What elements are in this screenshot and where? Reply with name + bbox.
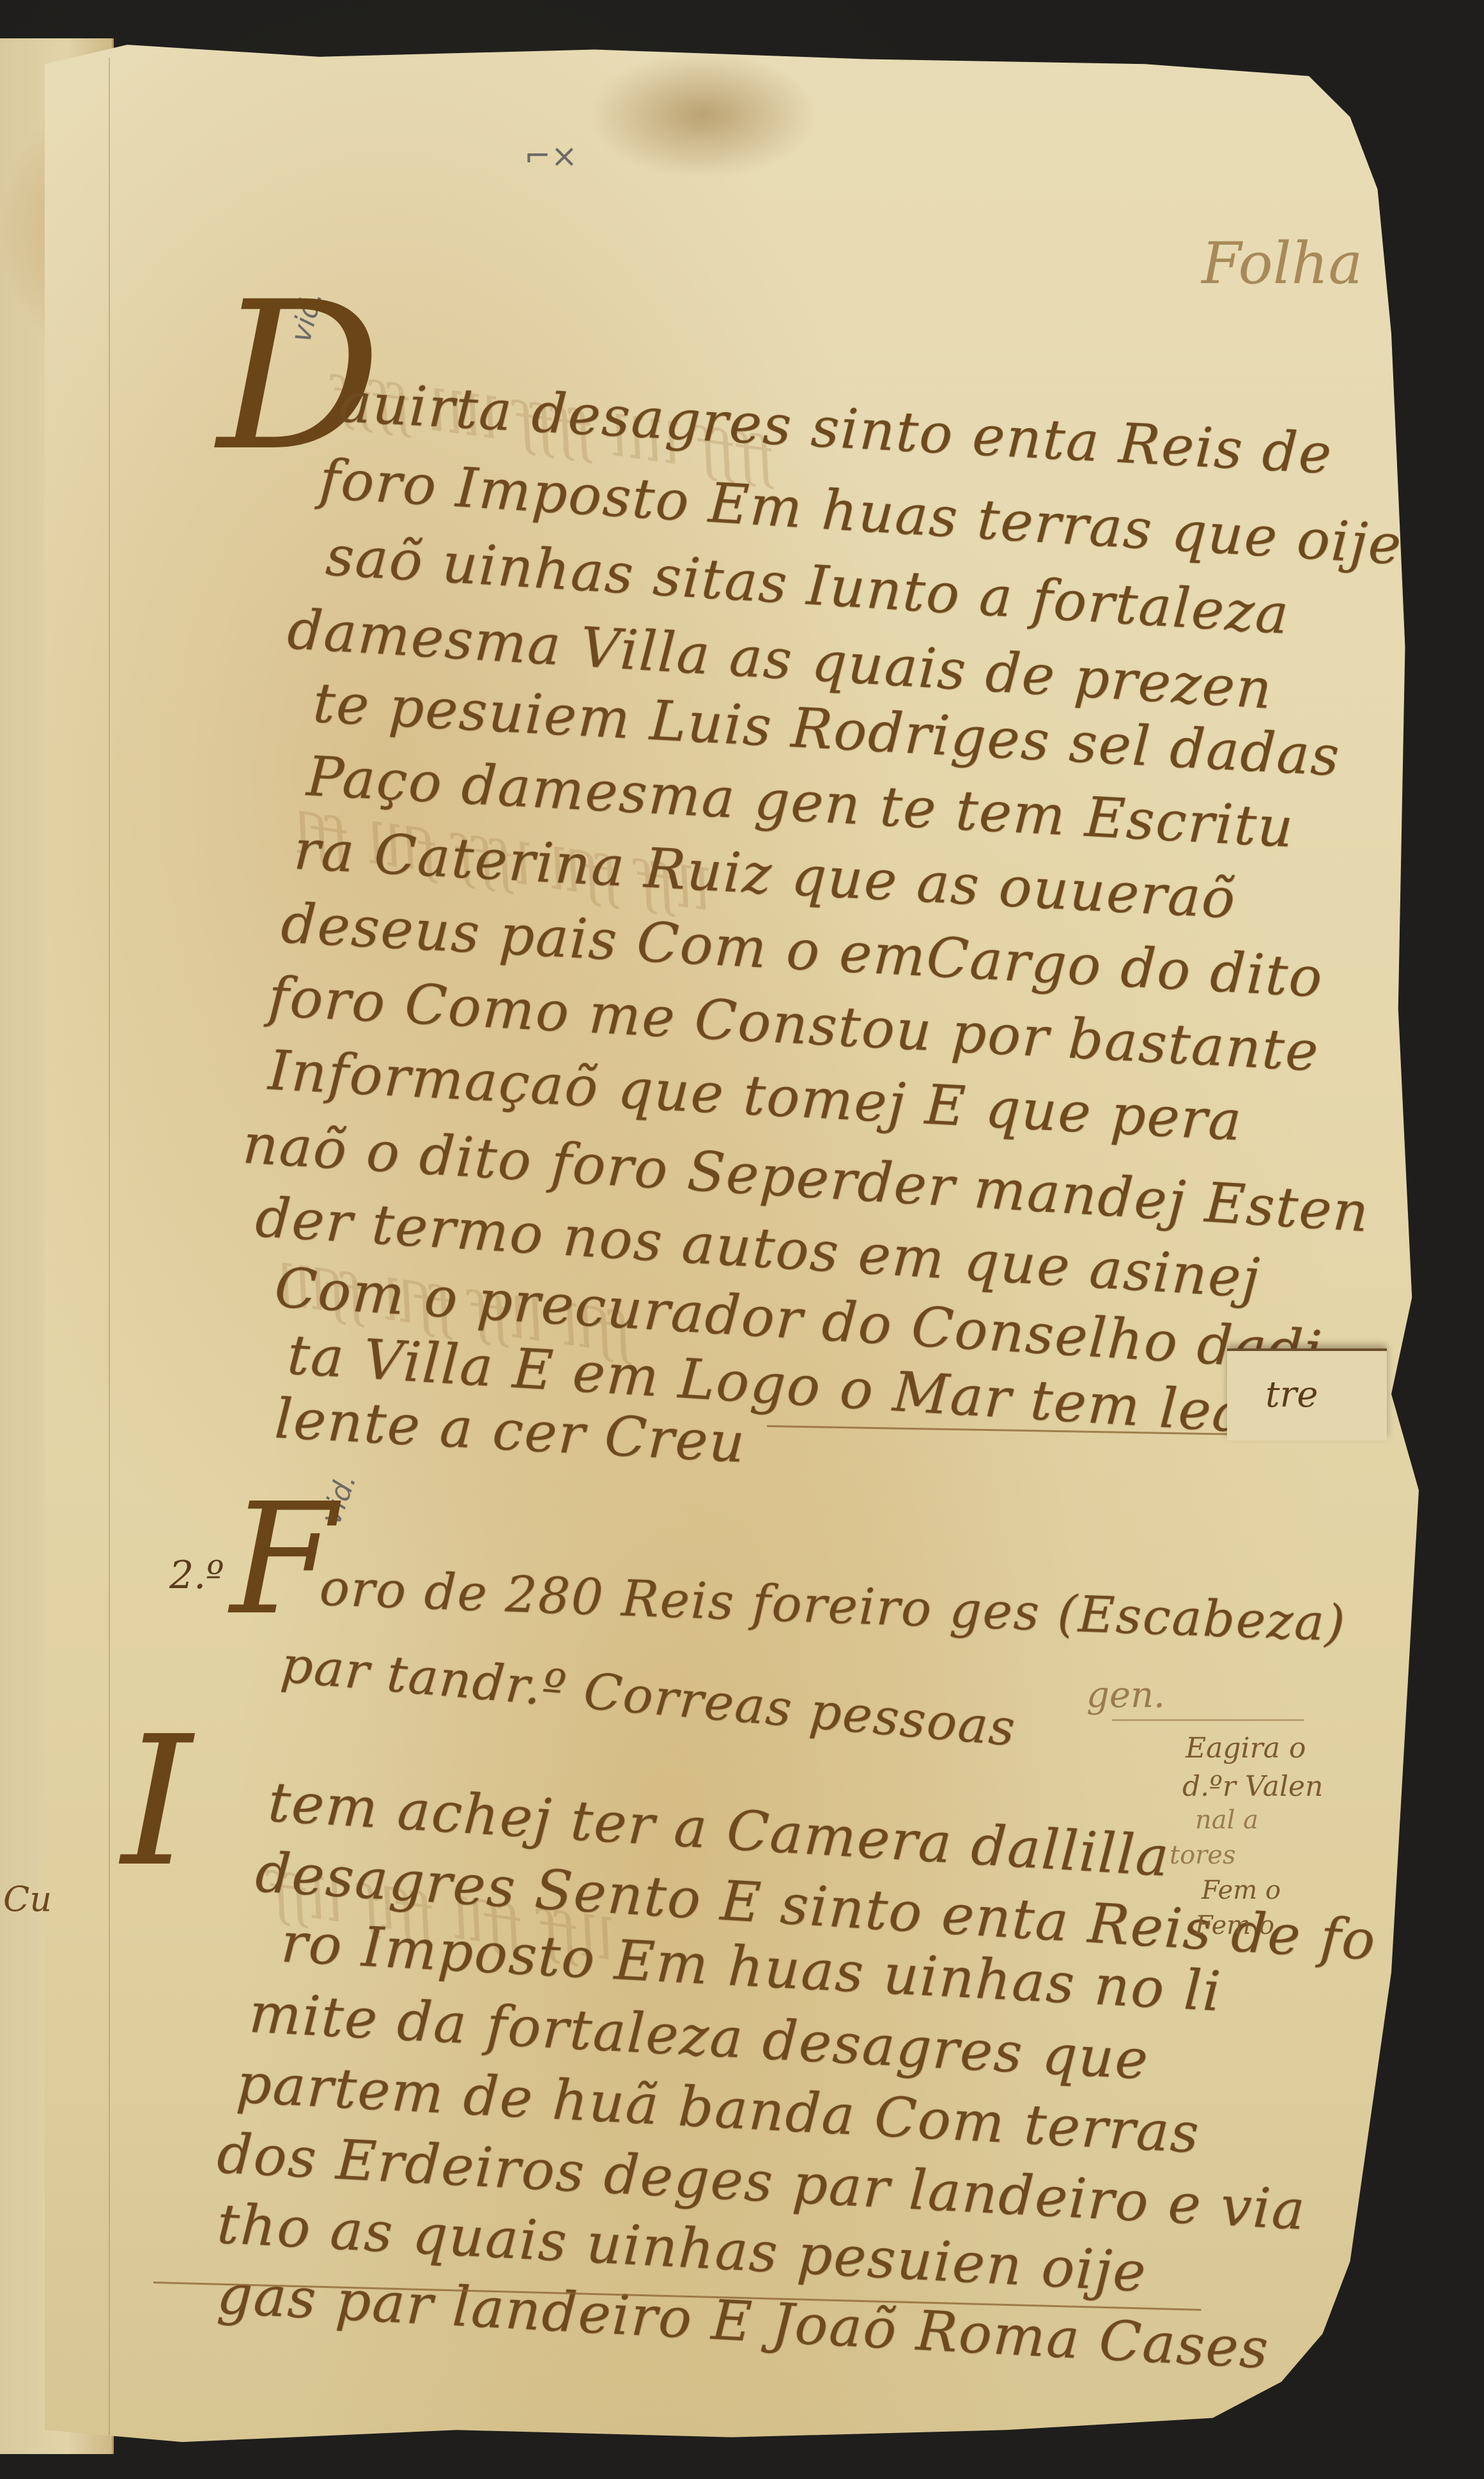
- margin-note-line: d.ºr Valen: [1182, 1770, 1323, 1803]
- margin-note: gen.: [1086, 1674, 1165, 1716]
- margin-note-line: Fem o: [1202, 1876, 1281, 1905]
- manuscript-scan: ffff llll ffff llll ffff llff ffll lfff …: [0, 0, 1484, 2479]
- folio-heading: Folha: [1202, 230, 1363, 297]
- drop-cap: I: [121, 1713, 192, 1892]
- page-fold-line: [109, 58, 110, 2435]
- margin-note-line: Fem o: [1195, 1911, 1274, 1940]
- torn-flap-text: tre: [1265, 1374, 1318, 1416]
- margin-note-line: tores: [1170, 1841, 1235, 1870]
- margin-note-line: Eagira o: [1186, 1732, 1306, 1765]
- top-water-stain: [588, 51, 818, 179]
- margin-note-line: nal a: [1195, 1805, 1258, 1835]
- entry-number: 2.º: [169, 1553, 224, 1598]
- entry-divider: [1112, 1719, 1304, 1721]
- facing-page-text: Cu: [3, 1879, 52, 1919]
- pencil-mark: ⌐×: [524, 137, 578, 174]
